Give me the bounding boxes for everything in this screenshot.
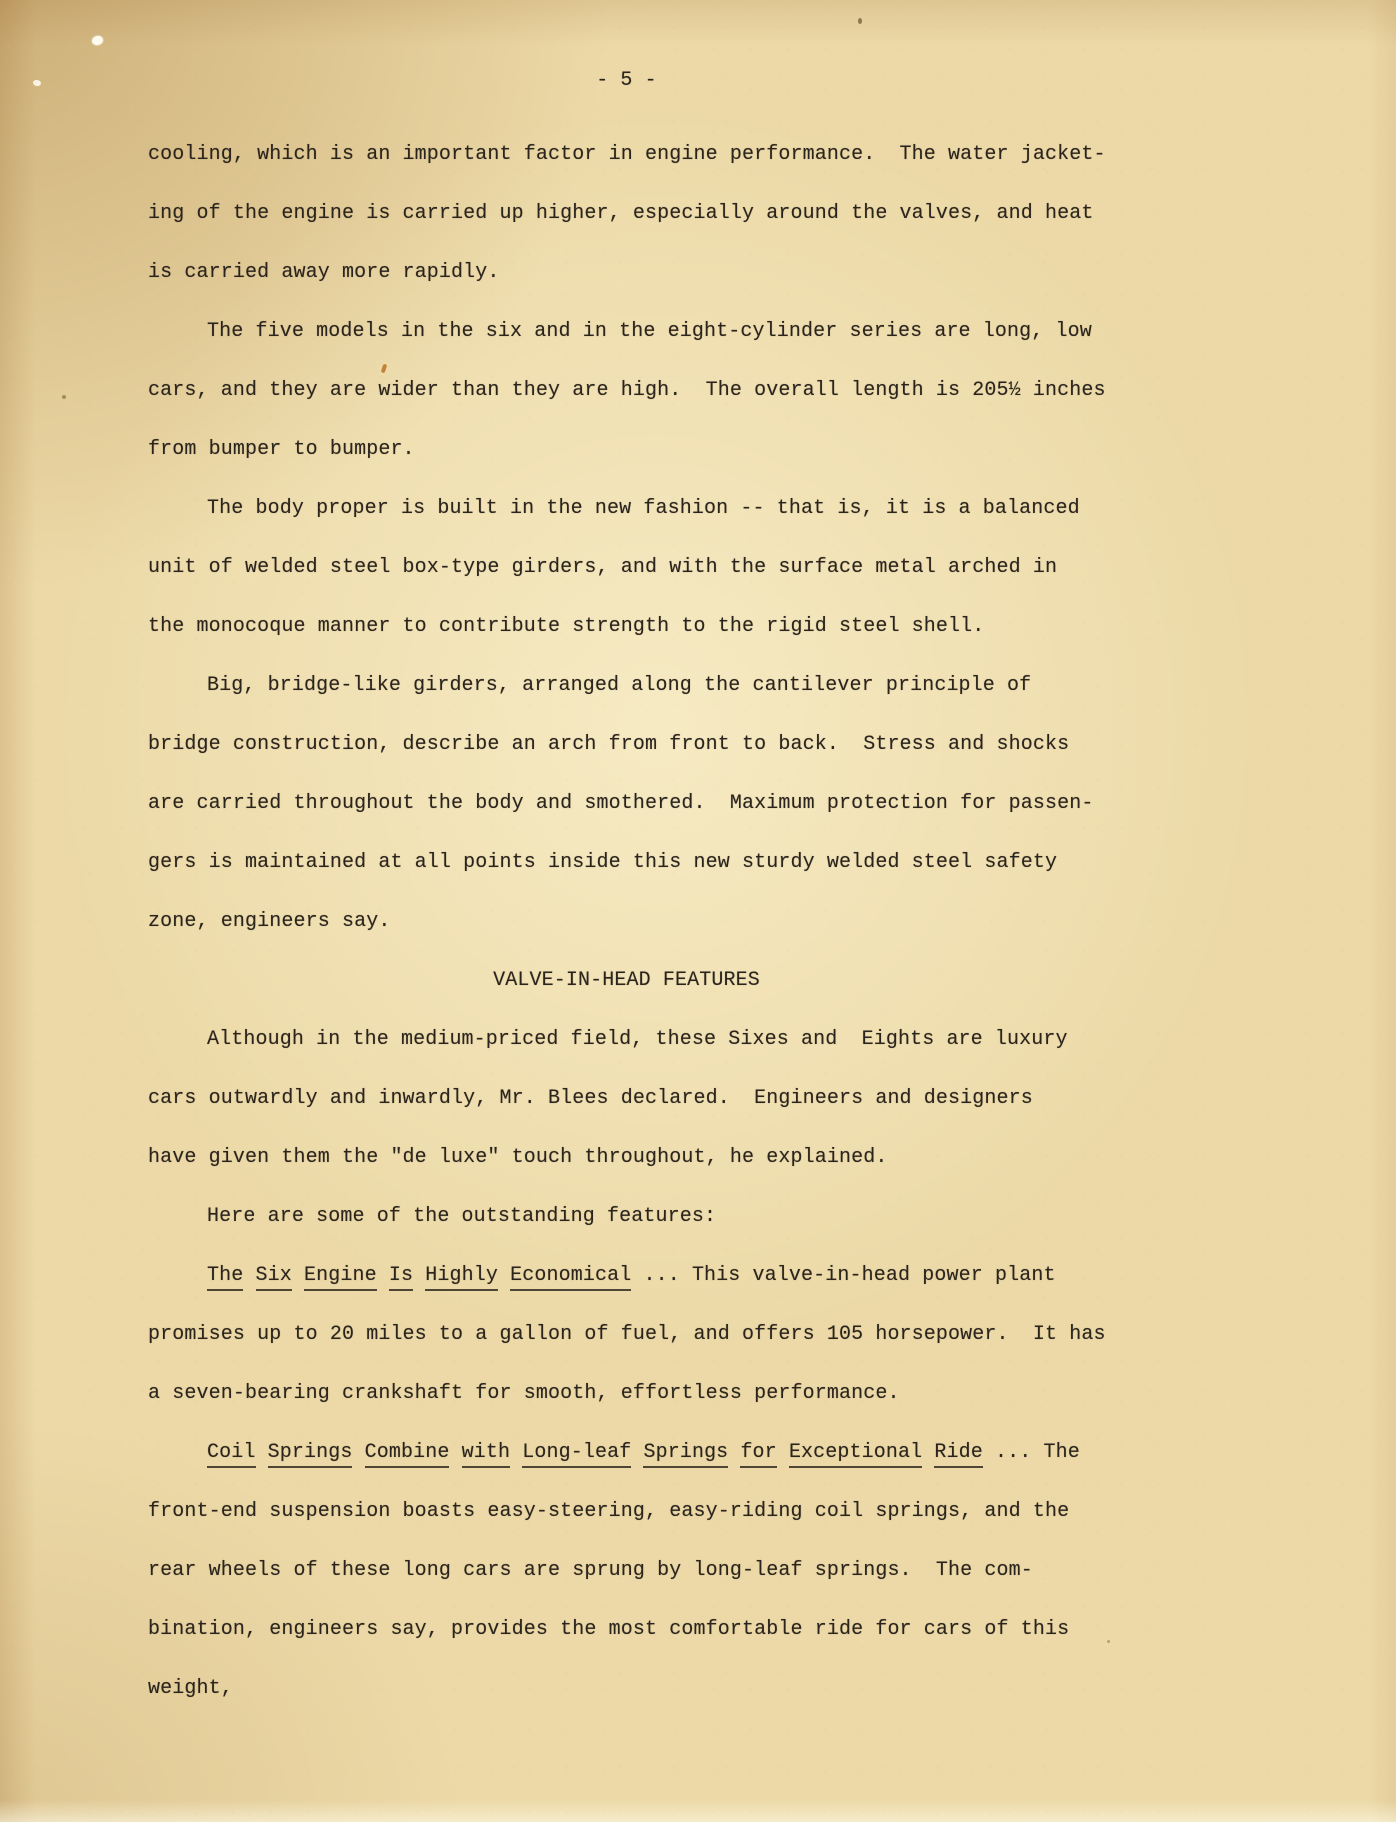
- underlined-word: The: [207, 1264, 243, 1291]
- underlined-word: Coil: [207, 1441, 256, 1468]
- text-line: cars outwardly and inwardly, Mr. Blees d…: [148, 1087, 1033, 1111]
- feature-heading-line: Coil Springs Combine with Long-leaf Spri…: [207, 1441, 1080, 1465]
- text-line: The five models in the six and in the ei…: [207, 320, 1092, 344]
- underlined-word: Engine: [304, 1264, 377, 1291]
- text-line: from bumper to bumper.: [148, 438, 415, 462]
- text-line: rear wheels of these long cars are sprun…: [148, 1559, 1033, 1583]
- paper-hole-speck: [33, 79, 42, 86]
- text-line: have given them the "de luxe" touch thro…: [148, 1146, 887, 1170]
- text-line: bination, engineers say, provides the mo…: [148, 1618, 1069, 1642]
- text-line: ing of the engine is carried up higher, …: [148, 202, 1094, 226]
- text-line: a seven-bearing crankshaft for smooth, e…: [148, 1382, 900, 1406]
- text-line: the monocoque manner to contribute stren…: [148, 615, 984, 639]
- text-line: Here are some of the outstanding feature…: [207, 1205, 716, 1229]
- paper-hole-speck: [91, 35, 104, 47]
- underlined-word: Combine: [365, 1441, 450, 1468]
- paper-fleck: [62, 395, 66, 399]
- underlined-word: Six: [256, 1264, 292, 1291]
- text-line: is carried away more rapidly.: [148, 261, 500, 285]
- underlined-word: Springs: [268, 1441, 353, 1468]
- text-line: weight,: [148, 1677, 233, 1701]
- paper-fleck: [1107, 1640, 1110, 1643]
- underlined-word: Exceptional: [789, 1441, 922, 1468]
- text-line: zone, engineers say.: [148, 910, 390, 934]
- feature-heading-line: The Six Engine Is Highly Economical ... …: [207, 1264, 1056, 1288]
- text-line: cooling, which is an important factor in…: [148, 143, 1106, 167]
- text-line: front-end suspension boasts easy-steerin…: [148, 1500, 1069, 1524]
- paper-fleck: [858, 18, 862, 24]
- page-number: - 5 -: [148, 69, 1105, 92]
- underlined-word: Highly: [425, 1264, 498, 1291]
- underlined-word: Economical: [510, 1264, 631, 1291]
- underlined-word: Springs: [643, 1441, 728, 1468]
- text-line: bridge construction, describe an arch fr…: [148, 733, 1069, 757]
- text-line: unit of welded steel box-type girders, a…: [148, 556, 1057, 580]
- underlined-word: Long-leaf: [522, 1441, 631, 1468]
- underlined-word: for: [740, 1441, 776, 1468]
- underlined-word: Ride: [934, 1441, 983, 1468]
- text-line: promises up to 20 miles to a gallon of f…: [148, 1323, 1106, 1347]
- paper-stain-fleck: [381, 364, 388, 374]
- text-line: Big, bridge-like girders, arranged along…: [207, 674, 1031, 698]
- underlined-word: with: [462, 1441, 511, 1468]
- section-heading: VALVE-IN-HEAD FEATURES: [148, 969, 1105, 993]
- text-line: Although in the medium-priced field, the…: [207, 1028, 1068, 1052]
- text-line: The body proper is built in the new fash…: [207, 497, 1080, 521]
- underlined-word: Is: [389, 1264, 413, 1291]
- text-line: are carried throughout the body and smot…: [148, 792, 1094, 816]
- document-page: - 5 - cooling, which is an important fac…: [0, 0, 1396, 1822]
- text-line: cars, and they are wider than they are h…: [148, 379, 1106, 403]
- text-line: gers is maintained at all points inside …: [148, 851, 1057, 875]
